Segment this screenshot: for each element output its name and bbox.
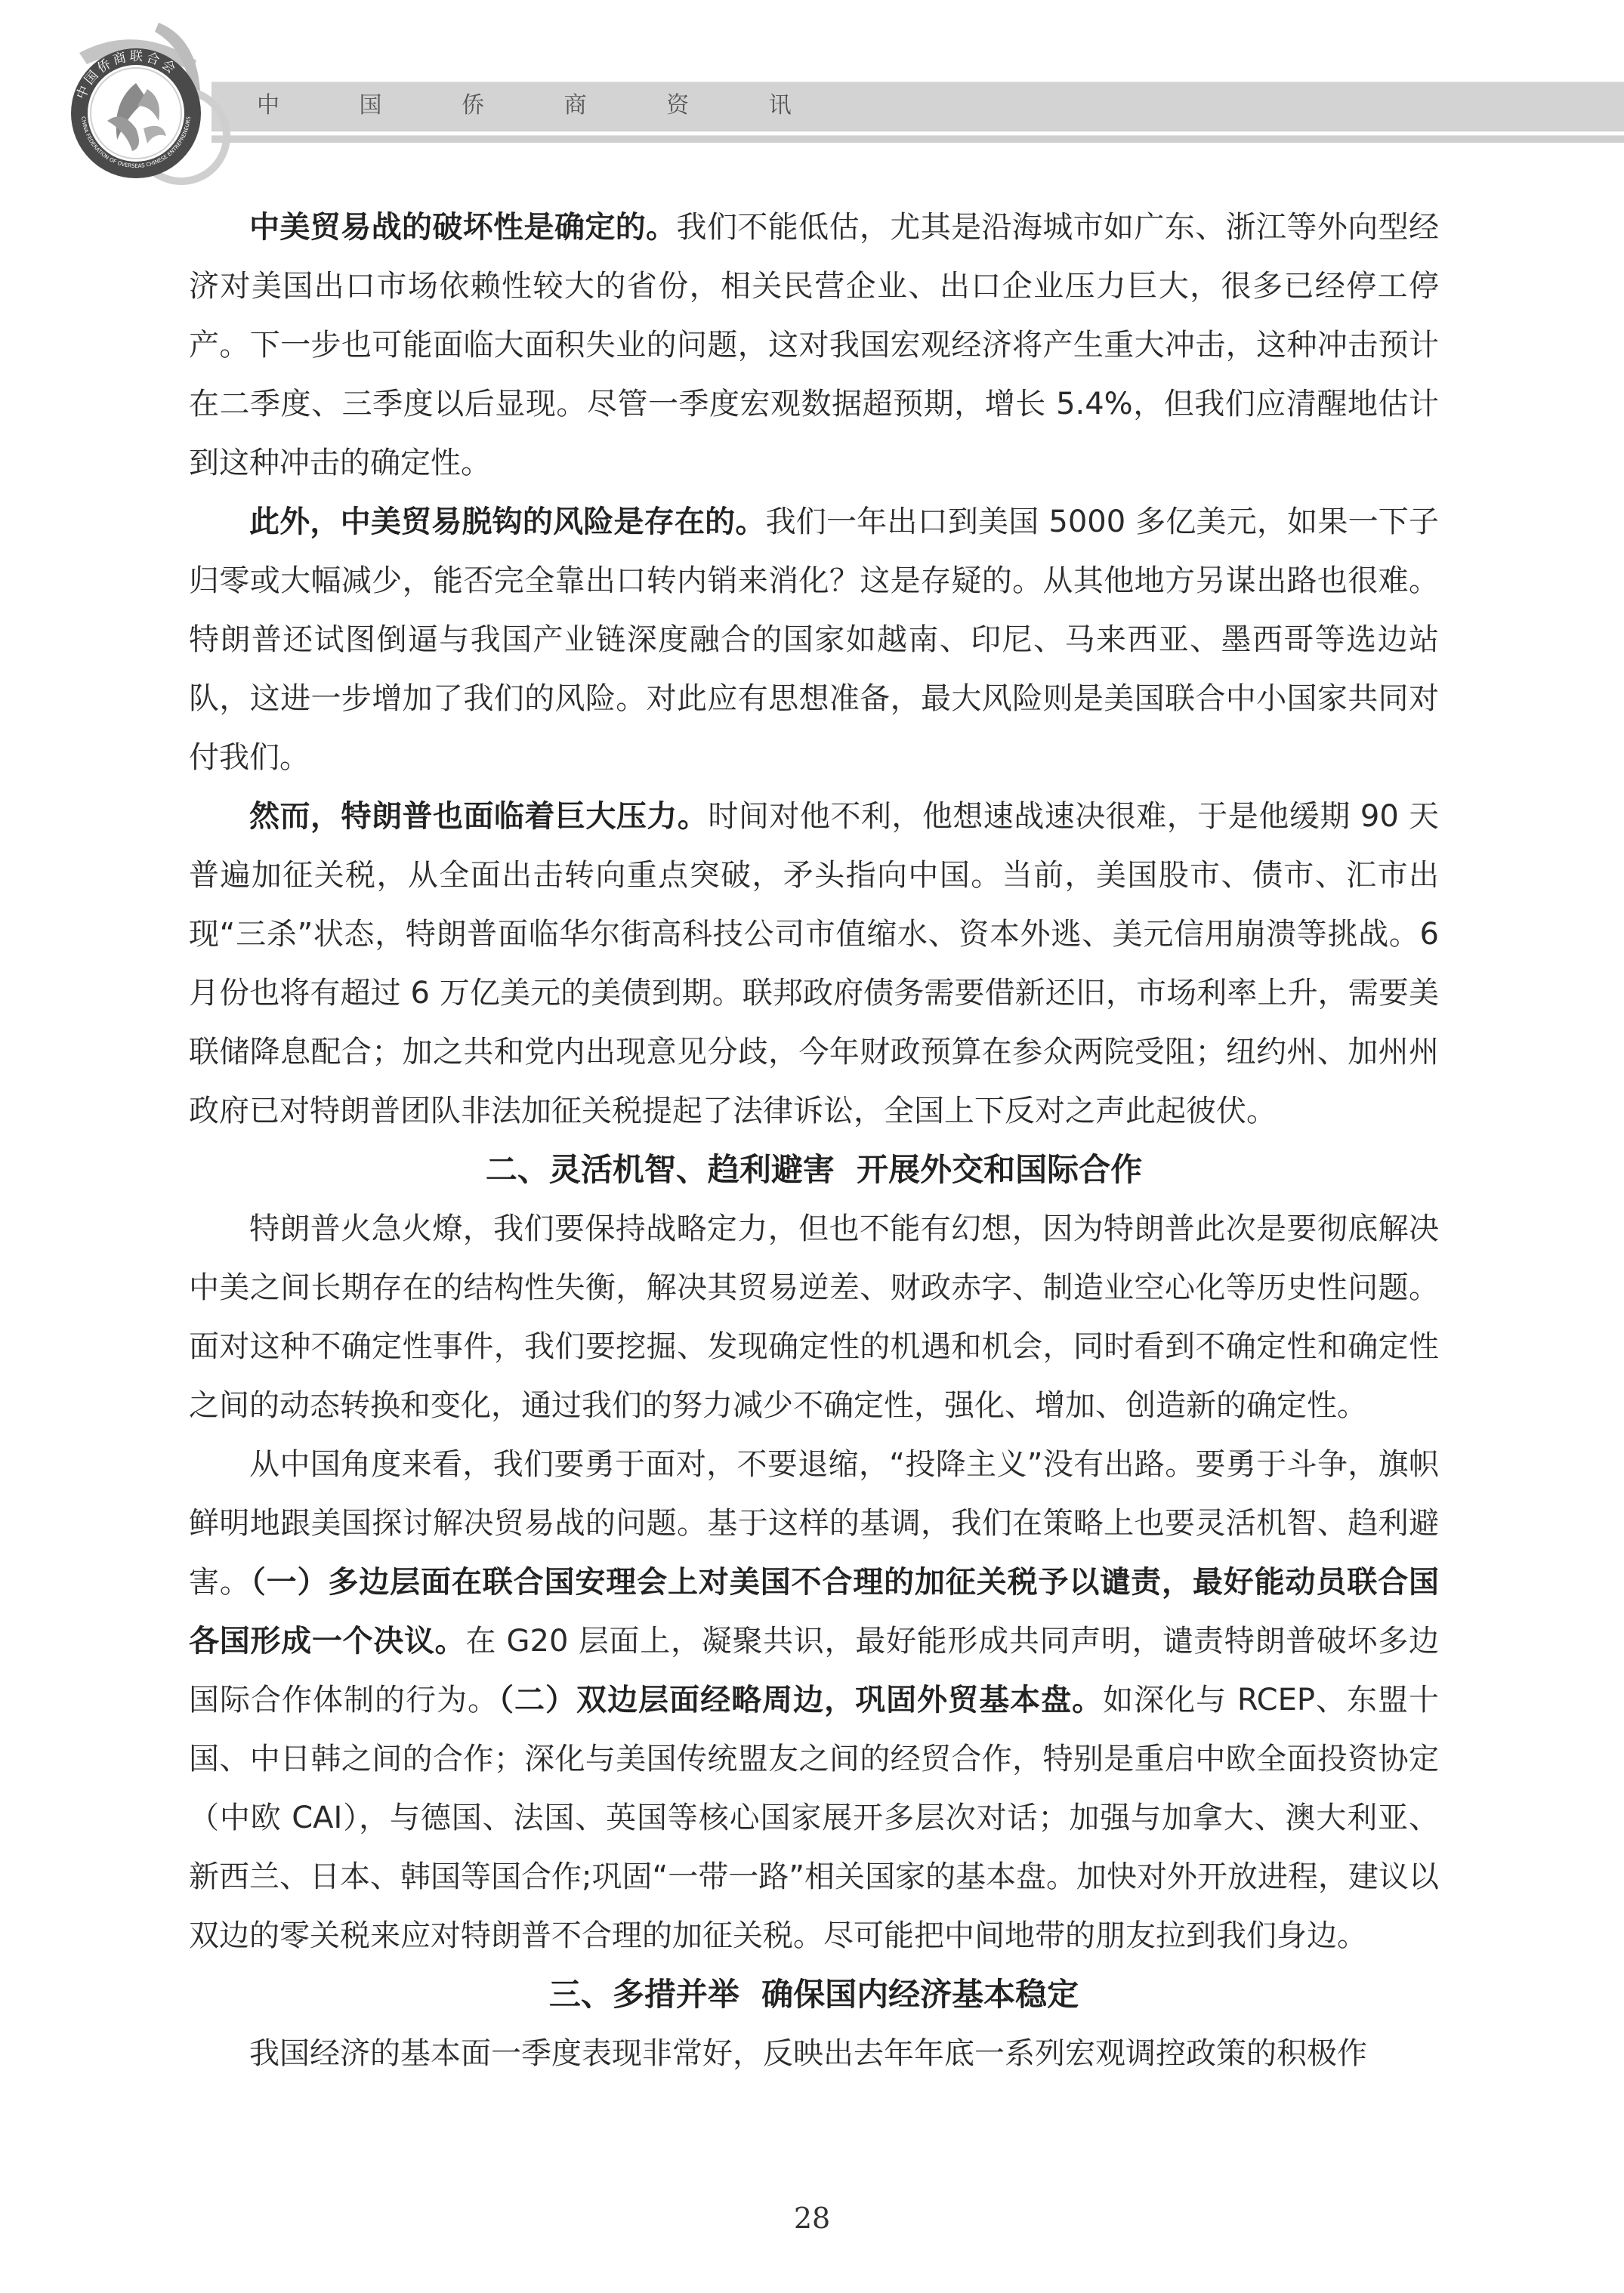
lead-sentence: 此外，中美贸易脱钩的风险是存在的。	[249, 505, 766, 539]
publication-title: 中 国 侨 商 资 讯	[257, 82, 828, 130]
header-stripe	[211, 135, 1624, 143]
lead-sentence: 中美贸易战的破坏性是确定的。	[249, 210, 677, 245]
paragraph-decoupling-risk: 此外，中美贸易脱钩的风险是存在的。我们一年出口到美国 5000 多亿美元，如果一…	[189, 492, 1439, 787]
paragraph-strategic-focus: 特朗普火急火燎，我们要保持战略定力，但也不能有幻想，因为特朗普此次是要彻底解决中…	[189, 1199, 1439, 1435]
article-body: 中美贸易战的破坏性是确定的。我们不能低估，尤其是沿海城市如广东、浙江等外向型经济…	[189, 198, 1439, 2083]
page-number: 28	[0, 2202, 1624, 2235]
logo-icon: 中国侨商联合会 CHINA FEDERATION OF OVERSEAS CHI…	[23, 8, 249, 189]
paragraph-diplomacy-measures: 从中国角度来看，我们要勇于面对，不要退缩，“投降主义”没有出路。要勇于斗争，旗帜…	[189, 1435, 1439, 1965]
bilateral-measure: （二）双边层面经略周边，巩固外贸基本盘。	[499, 1683, 1103, 1717]
paragraph-destructiveness: 中美贸易战的破坏性是确定的。我们不能低估，尤其是沿海城市如广东、浙江等外向型经济…	[189, 198, 1439, 492]
paragraph-domestic-economy: 我国经济的基本面一季度表现非常好，反映出去年年底一系列宏观调控政策的积极作	[189, 2024, 1439, 2083]
paragraph-trump-pressure: 然而，特朗普也面临着巨大压力。时间对他不利，他想速战速决很难，于是他缓期 90 …	[189, 787, 1439, 1140]
lead-sentence: 然而，特朗普也面临着巨大压力。	[249, 799, 708, 834]
page-header: 中 国 侨 商 资 讯 中国侨商联合会 CHINA FEDERATION OF …	[0, 0, 1624, 196]
section-heading-2: 二、灵活机智、趋利避害 开展外交和国际合作	[189, 1140, 1439, 1199]
section-heading-3: 三、多措并举 确保国内经济基本稳定	[189, 1965, 1439, 2024]
